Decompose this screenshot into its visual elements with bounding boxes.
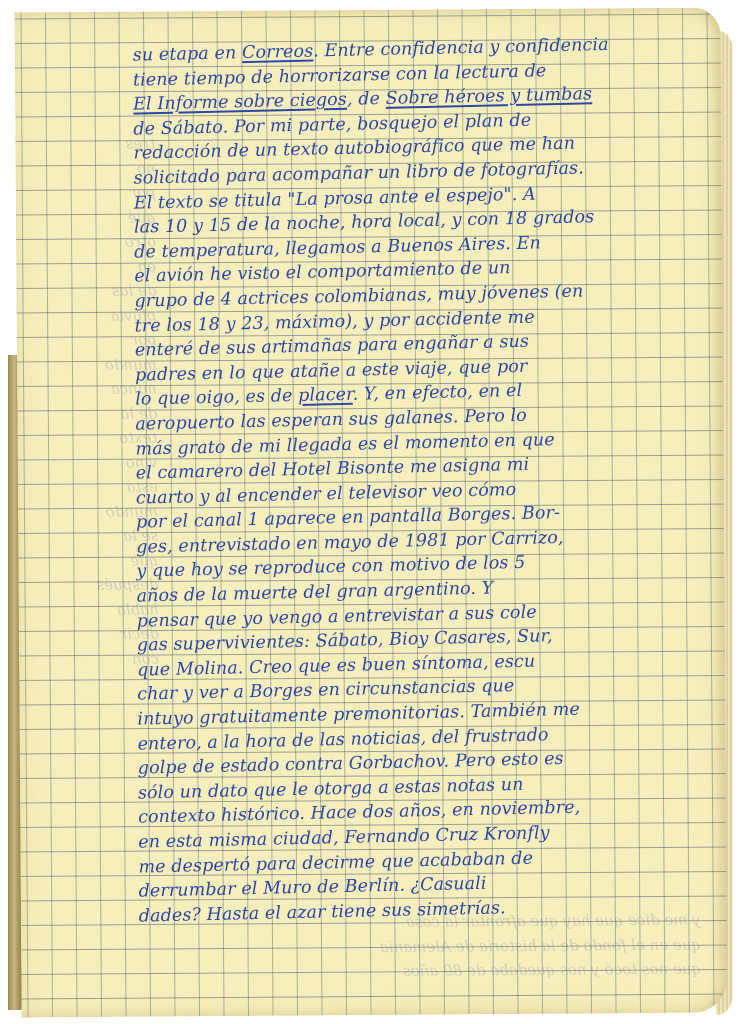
underlined-title: Correos [242, 42, 314, 64]
handwritten-text: su etapa en Correos. Entre confidencia y… [133, 40, 724, 929]
underlined-title: El Informe sobre ciegos [133, 90, 347, 115]
bleed-line: que nos tocó y nos quedaba de 80 años [81, 957, 701, 986]
underlined-title: Sobre héroes y tumbas [385, 84, 592, 109]
underlined-title: placer [298, 385, 353, 406]
scanned-image: tresnoporquéotroende laspluviapormundonu… [0, 0, 741, 1024]
notebook-page: tresnoporquéotroende laspluviapormundonu… [15, 8, 728, 1018]
